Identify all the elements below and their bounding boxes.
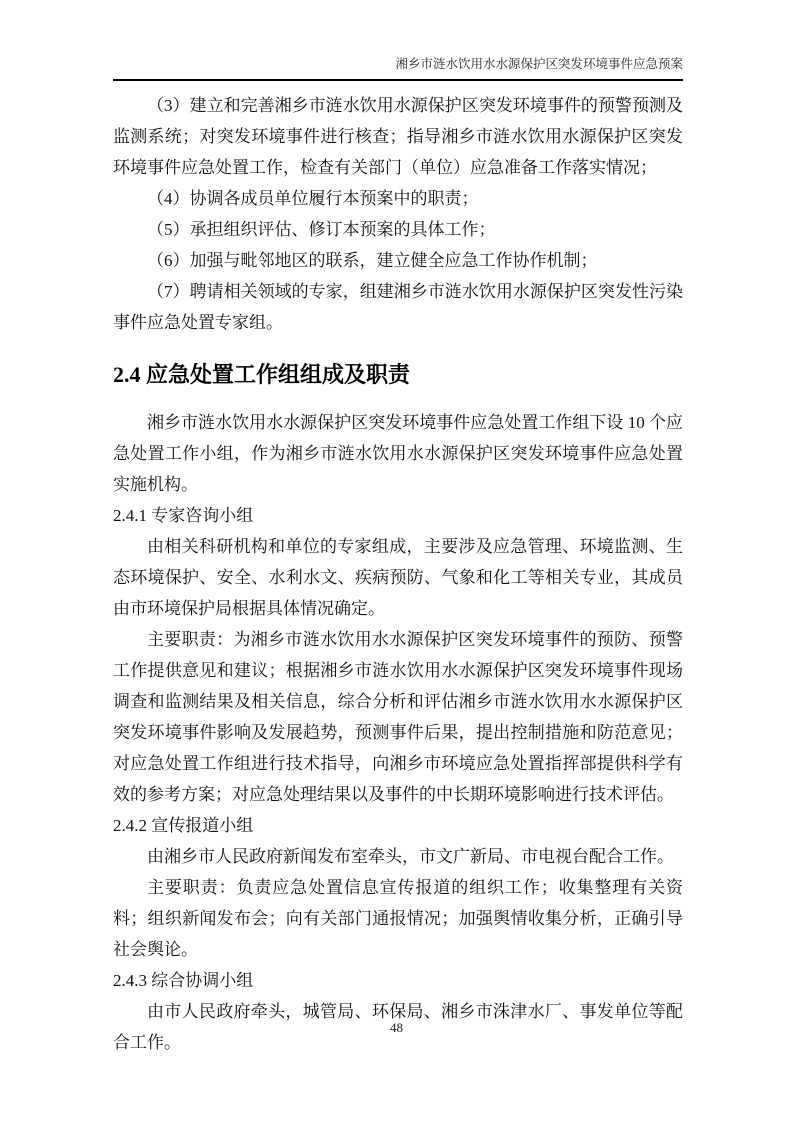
subsection-heading-2-4-2: 2.4.2 宣传报道小组 — [113, 810, 683, 841]
paragraph-section-intro: 湘乡市涟水饮用水水源保护区突发环境事件应急处置工作组下设 10 个应急处置工作小… — [113, 407, 683, 500]
paragraph-publicity-group-members: 由湘乡市人民政府新闻发布室牵头，市文广新局、市电视台配合工作。 — [113, 841, 683, 872]
subsection-heading-2-4-1: 2.4.1 专家咨询小组 — [113, 500, 683, 531]
paragraph-publicity-group-duties: 主要职责：负责应急处置信息宣传报道的组织工作；收集整理有关资料；组织新闻发布会；… — [113, 872, 683, 965]
page-footer: 48 — [0, 1020, 793, 1036]
subsection-heading-2-4-3: 2.4.3 综合协调小组 — [113, 965, 683, 996]
page-number: 48 — [390, 1020, 403, 1035]
paragraph-item-5: （5）承担组织评估、修订本预案的具体工作； — [113, 214, 683, 245]
paragraph-item-4: （4）协调各成员单位履行本预案中的职责； — [113, 183, 683, 214]
page-header: 湘乡市涟水饮用水水源保护区突发环境事件应急预案 — [113, 54, 683, 81]
section-heading-2-4: 2.4 应急处置工作组组成及职责 — [113, 358, 683, 392]
document-page: 湘乡市涟水饮用水水源保护区突发环境事件应急预案 （3）建立和完善湘乡市涟水饮用水… — [0, 0, 793, 1122]
paragraph-item-6: （6）加强与毗邻地区的联系，建立健全应急工作协作机制； — [113, 245, 683, 276]
paragraph-item-7: （7）聘请相关领域的专家，组建湘乡市涟水饮用水源保护区突发性污染事件应急处置专家… — [113, 276, 683, 338]
document-body: （3）建立和完善湘乡市涟水饮用水源保护区突发环境事件的预警预测及监测系统；对突发… — [113, 90, 683, 1058]
paragraph-item-3: （3）建立和完善湘乡市涟水饮用水源保护区突发环境事件的预警预测及监测系统；对突发… — [113, 90, 683, 183]
paragraph-expert-group-duties: 主要职责：为湘乡市涟水饮用水水源保护区突发环境事件的预防、预警工作提供意见和建议… — [113, 624, 683, 810]
paragraph-expert-group-members: 由相关科研机构和单位的专家组成，主要涉及应急管理、环境监测、生态环境保护、安全、… — [113, 531, 683, 624]
document-title-header: 湘乡市涟水饮用水水源保护区突发环境事件应急预案 — [395, 57, 683, 71]
